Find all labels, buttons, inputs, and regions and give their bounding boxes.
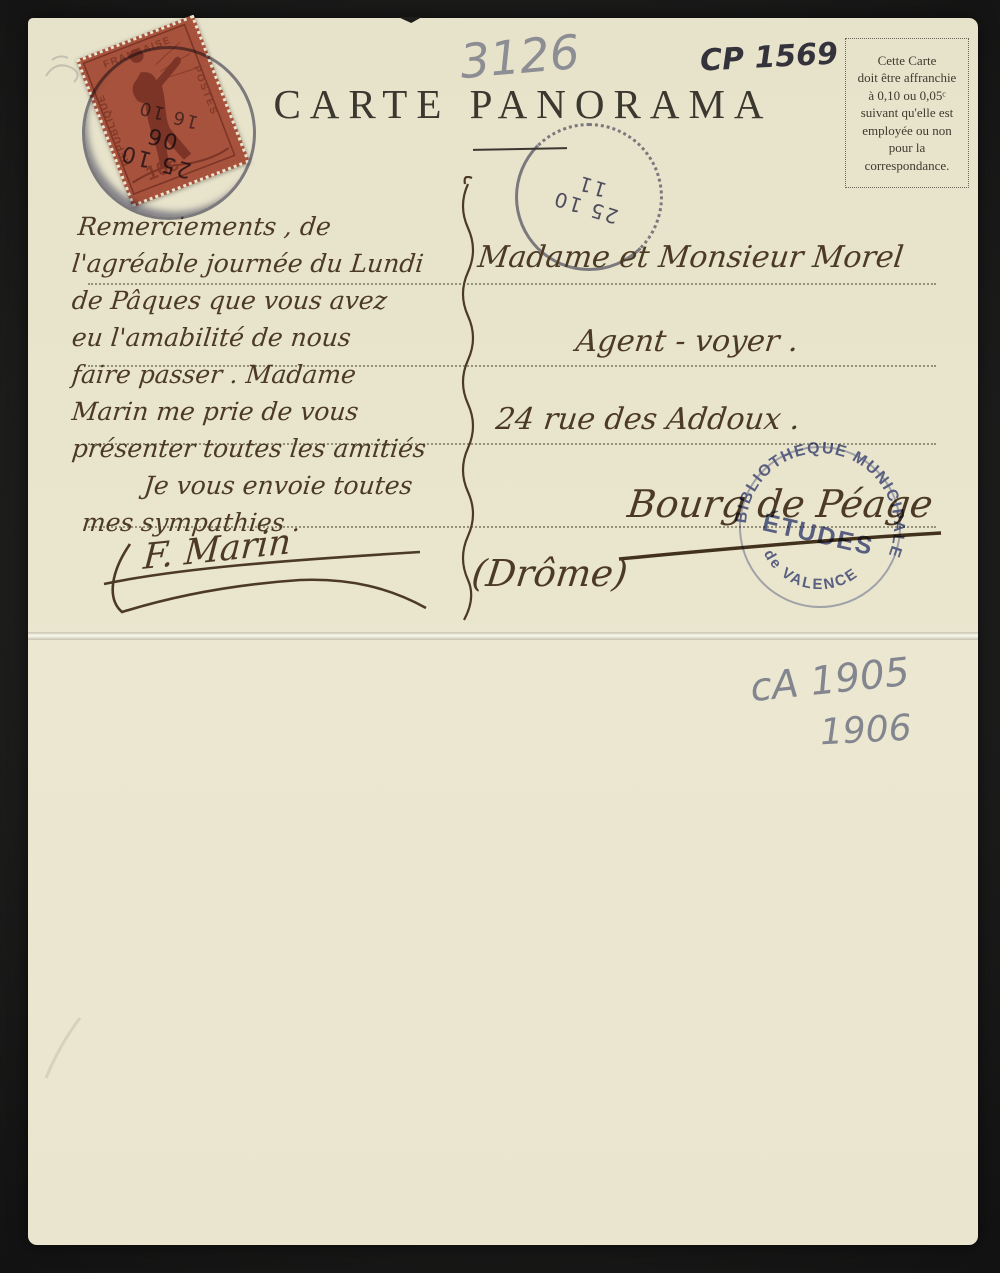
message-line: Marin me prie de vous bbox=[70, 393, 474, 430]
handwritten-message: Remerciements , de l'agréable journée du… bbox=[72, 208, 472, 541]
catalog-number: CP 1569 bbox=[699, 36, 839, 78]
pencil-number: 3126 bbox=[458, 25, 582, 90]
date-note-1: cA 1905 bbox=[748, 650, 912, 711]
franking-line: pour la bbox=[848, 139, 966, 157]
message-line: faire passer . Madame bbox=[70, 356, 474, 393]
signature-flourish bbox=[90, 532, 435, 622]
address-occupation: Agent - voyer . bbox=[574, 324, 801, 359]
scan-background: CARTE PANORAMA 3126 CP 1569 Cette Carte … bbox=[0, 0, 1000, 1273]
faint-smudge bbox=[36, 1008, 96, 1088]
torn-edge-notch bbox=[398, 17, 422, 23]
fold-crease bbox=[28, 632, 978, 640]
message-line: Je vous envoie toutes bbox=[142, 467, 474, 504]
address-department: (Drôme) bbox=[469, 552, 630, 595]
franking-line: suivant qu'elle est bbox=[848, 104, 966, 122]
postcard: CARTE PANORAMA 3126 CP 1569 Cette Carte … bbox=[28, 18, 978, 1245]
franking-line: employée ou non bbox=[848, 122, 966, 140]
message-line: présenter toutes les amitiés bbox=[70, 430, 474, 467]
date-note-2: 1906 bbox=[819, 708, 913, 754]
message-line: Remerciements , de bbox=[76, 208, 474, 245]
franking-line: doit être affranchie bbox=[848, 69, 966, 87]
message-line: l'agréable journée du Lundi bbox=[70, 245, 474, 282]
franking-notice-box: Cette Carte doit être affranchie à 0,10 … bbox=[845, 38, 969, 188]
address-recipients: Madame et Monsieur Morel bbox=[476, 240, 906, 275]
franking-line: Cette Carte bbox=[848, 52, 966, 70]
message-line: eu l'amabilité de nous bbox=[70, 319, 474, 356]
library-stamp: BIBLIOTHEQUE MUNICIPALE de VALENCE ÉTUDE… bbox=[712, 419, 928, 635]
franking-line: à 0,10 ou 0,05ᶜ bbox=[848, 87, 966, 105]
postmark-on-stamp: 25 10 06 16 10 bbox=[82, 46, 256, 220]
message-line: de Pâques que vous avez bbox=[70, 282, 474, 319]
franking-line: correspondance. bbox=[848, 157, 966, 175]
